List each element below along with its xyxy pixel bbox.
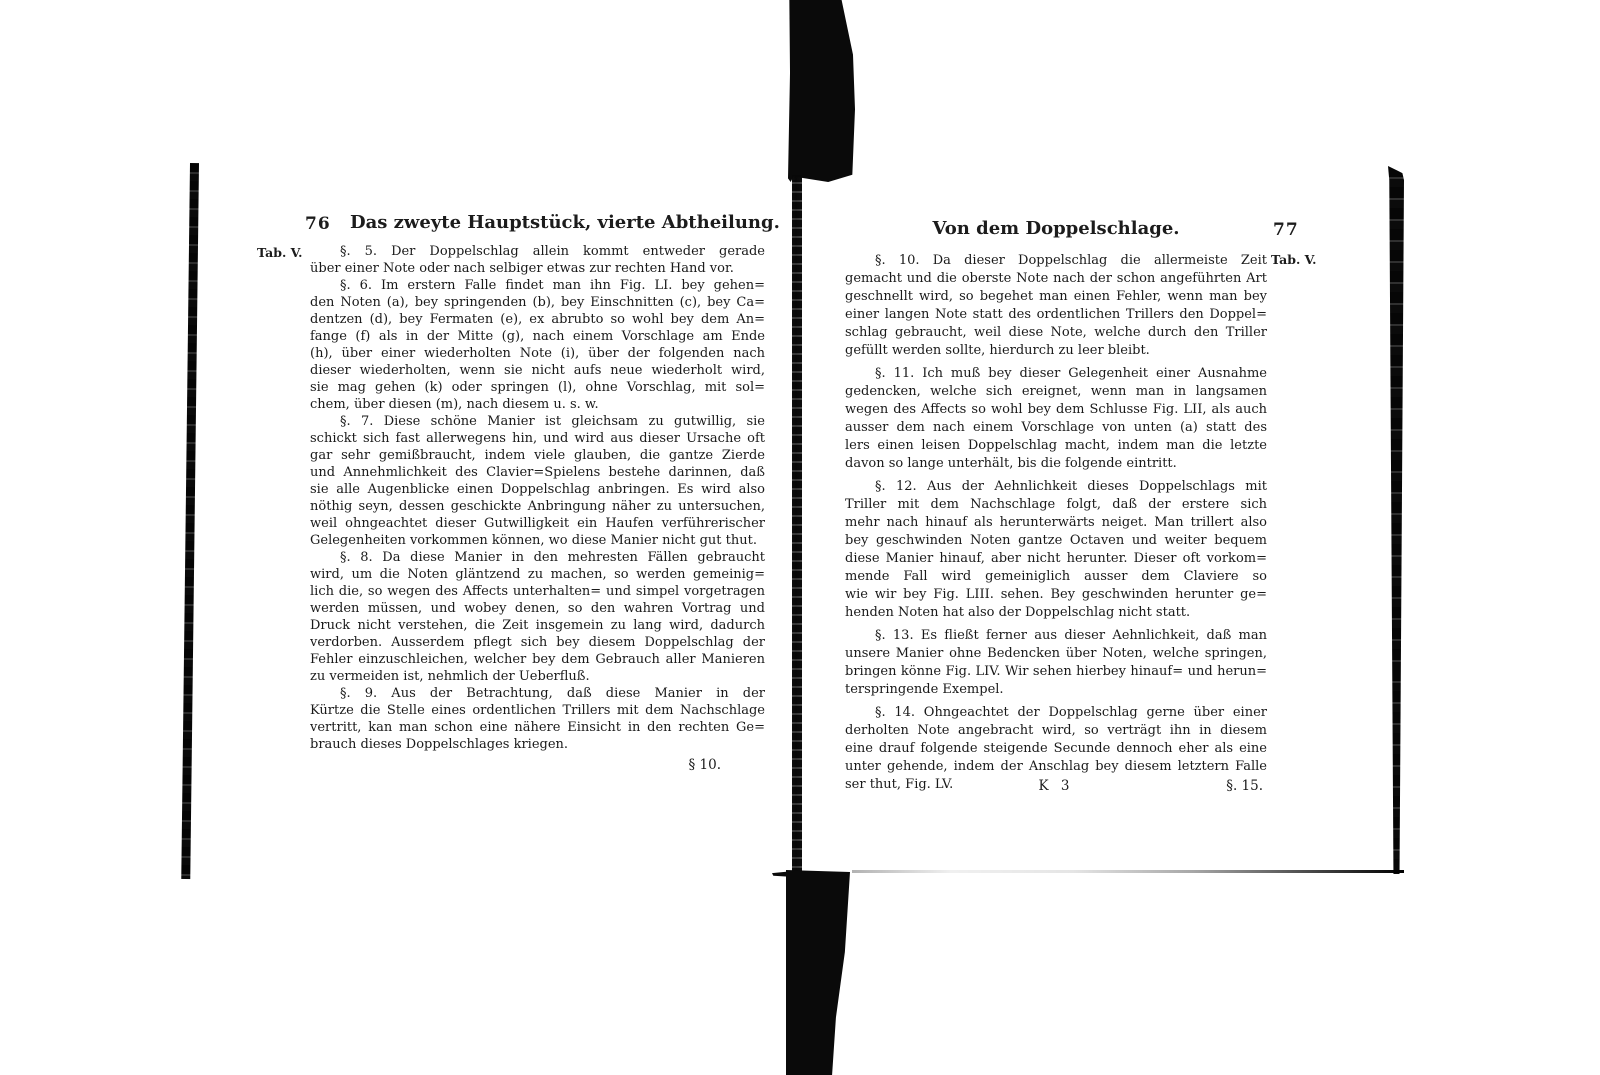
text-line: geschnellt wird, so begehet man einen Fe… xyxy=(845,288,1267,306)
text-line: bey geschwinden Noten gantze Octaven und… xyxy=(845,532,1267,550)
paragraph: §. 13. Es fließt ferner aus dieser Aehnl… xyxy=(845,627,1267,699)
text-line: chem, über diesen (m), nach diesem u. s.… xyxy=(310,396,765,413)
text-line: §. 7. Diese schöne Manier ist gleichsam … xyxy=(310,413,765,430)
text-line: zu vermeiden ist, nehmlich der Ueberfluß… xyxy=(310,668,765,685)
text-line: davon so lange unterhält, bis die folgen… xyxy=(845,455,1267,473)
text-line: sie alle Augenblicke einen Doppelschlag … xyxy=(310,481,765,498)
text-line: und Annehmlichkeit des Clavier=Spielens … xyxy=(310,464,765,481)
text-line: bringen könne Fig. LIV. Wir sehen hierbe… xyxy=(845,663,1267,681)
text-line: (h), über einer wiederholten Note (i), ü… xyxy=(310,345,765,362)
right-page-header: Von dem Doppelschlage. 77 xyxy=(845,218,1267,246)
text-line: wird, um die Noten gläntzend zu machen, … xyxy=(310,566,765,583)
catchword-right: §. 15. xyxy=(1226,778,1263,794)
text-line: vertritt, kan man schon eine nähere Eins… xyxy=(310,719,765,736)
text-line: §. 11. Ich muß bey dieser Gelegenheit ei… xyxy=(845,365,1267,383)
text-line: fange (f) als in der Mitte (g), nach ein… xyxy=(310,328,765,345)
text-line: §. 6. Im erstern Falle findet man ihn Fi… xyxy=(310,277,765,294)
text-line: weil ohngeachtet dieser Gutwilligkeit ei… xyxy=(310,515,765,532)
text-line: henden Noten hat also der Doppelschlag n… xyxy=(845,604,1267,622)
text-line: derholten Note angebracht wird, so vertr… xyxy=(845,722,1267,740)
left-page-edge xyxy=(181,163,199,879)
text-line: Gelegenheiten vorkommen können, wo diese… xyxy=(310,532,765,549)
text-line: lich die, so wegen des Affects unterhalt… xyxy=(310,583,765,600)
text-line: mehr nach hinauf als herunterwärts neige… xyxy=(845,514,1267,532)
text-line: wegen des Affects so wohl bey dem Schlus… xyxy=(845,401,1267,419)
text-line: gedencken, welche sich ereignet, wenn ma… xyxy=(845,383,1267,401)
text-line: brauch dieses Doppelschlages kriegen. xyxy=(310,736,765,753)
gutter-shadow-strip xyxy=(792,175,802,875)
text-line: gefüllt werden sollte, hierdurch zu leer… xyxy=(845,342,1267,360)
signature-mark: K 3 xyxy=(845,778,1267,794)
text-line: dentzen (d), bey Fermaten (e), ex abrubt… xyxy=(310,311,765,328)
gutter-shadow-bottom xyxy=(786,870,850,1075)
right-page: Von dem Doppelschlage. 77 Tab. V. §. 10.… xyxy=(845,218,1267,246)
right-page-body: §. 10. Da dieser Doppelschlag die allerm… xyxy=(845,252,1267,799)
text-line: mende Fall wird gemeiniglich ausser dem … xyxy=(845,568,1267,586)
text-line: gar sehr gemißbraucht, indem viele glaub… xyxy=(310,447,765,464)
text-line: §. 5. Der Doppelschlag allein kommt entw… xyxy=(310,243,765,260)
text-line: terspringende Exempel. xyxy=(845,681,1267,699)
text-line: schlag gebraucht, weil diese Note, welch… xyxy=(845,324,1267,342)
left-page-body: §. 5. Der Doppelschlag allein kommt entw… xyxy=(310,243,765,753)
running-title-left: Das zweyte Hauptstück, vierte Abtheilung… xyxy=(350,212,765,233)
text-line: §. 14. Ohngeachtet der Doppelschlag gern… xyxy=(845,704,1267,722)
text-line: sie mag gehen (k) oder springen (l), ohn… xyxy=(310,379,765,396)
text-line: §. 10. Da dieser Doppelschlag die allerm… xyxy=(845,252,1267,270)
text-line: Druck nicht verstehen, die Zeit insgemei… xyxy=(310,617,765,634)
text-line: ausser dem nach einem Vorschlage von unt… xyxy=(845,419,1267,437)
text-line: verdorben. Ausserdem pflegt sich bey die… xyxy=(310,634,765,651)
text-line: gemacht und die oberste Note nach der sc… xyxy=(845,270,1267,288)
text-line: Fehler einzuschleichen, welcher bey dem … xyxy=(310,651,765,668)
right-page-bottom-edge xyxy=(852,870,1404,873)
margin-note-left: Tab. V. xyxy=(257,245,303,260)
paragraph: §. 8. Da diese Manier in den mehresten F… xyxy=(310,549,765,685)
page-number-right: 77 xyxy=(1273,220,1299,240)
text-line: über einer Note oder nach selbiger etwas… xyxy=(310,260,765,277)
text-line: einer langen Note statt des ordentlichen… xyxy=(845,306,1267,324)
text-line: den Noten (a), bey springenden (b), bey … xyxy=(310,294,765,311)
right-page-edge xyxy=(1388,166,1404,874)
paragraph: §. 12. Aus der Aehnlichkeit dieses Doppe… xyxy=(845,478,1267,622)
text-line: unter gehende, indem der Anschlag bey di… xyxy=(845,758,1267,776)
text-line: §. 13. Es fließt ferner aus dieser Aehnl… xyxy=(845,627,1267,645)
text-line: §. 9. Aus der Betrachtung, daß diese Man… xyxy=(310,685,765,702)
catchword-left: § 10. xyxy=(688,757,721,773)
paragraph: §. 10. Da dieser Doppelschlag die allerm… xyxy=(845,252,1267,360)
paragraph: §. 9. Aus der Betrachtung, daß diese Man… xyxy=(310,685,765,753)
paragraph: §. 5. Der Doppelschlag allein kommt entw… xyxy=(310,243,765,277)
text-line: lers einen leisen Doppelschlag macht, in… xyxy=(845,437,1267,455)
paragraph: §. 11. Ich muß bey dieser Gelegenheit ei… xyxy=(845,365,1267,473)
text-line: wie wir bey Fig. LIII. sehen. Bey geschw… xyxy=(845,586,1267,604)
gutter-shadow-top xyxy=(788,0,855,182)
running-title-right: Von dem Doppelschlage. xyxy=(845,218,1267,239)
text-line: eine drauf folgende steigende Secunde de… xyxy=(845,740,1267,758)
text-line: §. 8. Da diese Manier in den mehresten F… xyxy=(310,549,765,566)
text-line: Kürtze die Stelle eines ordentlichen Tri… xyxy=(310,702,765,719)
left-page-header: 76 Das zweyte Hauptstück, vierte Abtheil… xyxy=(310,212,765,240)
text-line: diese Manier hinauf, aber nicht herunter… xyxy=(845,550,1267,568)
text-line: dieser wiederholten, wenn sie nicht aufs… xyxy=(310,362,765,379)
text-line: nöthig seyn, dessen geschickte Anbringun… xyxy=(310,498,765,515)
text-line: werden müssen, und wobey denen, so den w… xyxy=(310,600,765,617)
paragraph: §. 7. Diese schöne Manier ist gleichsam … xyxy=(310,413,765,549)
text-line: §. 12. Aus der Aehnlichkeit dieses Doppe… xyxy=(845,478,1267,496)
page-number-left: 76 xyxy=(305,214,331,234)
paragraph: §. 6. Im erstern Falle findet man ihn Fi… xyxy=(310,277,765,413)
text-line: Triller mit dem Nachschlage folgt, daß d… xyxy=(845,496,1267,514)
text-line: unsere Manier ohne Bedencken über Noten,… xyxy=(845,645,1267,663)
left-page: 76 Das zweyte Hauptstück, vierte Abtheil… xyxy=(310,212,765,240)
text-line: schickt sich fast allerwegens hin, und w… xyxy=(310,430,765,447)
margin-note-right: Tab. V. xyxy=(1271,252,1317,267)
book-spread-scan: 76 Das zweyte Hauptstück, vierte Abtheil… xyxy=(0,0,1600,1075)
